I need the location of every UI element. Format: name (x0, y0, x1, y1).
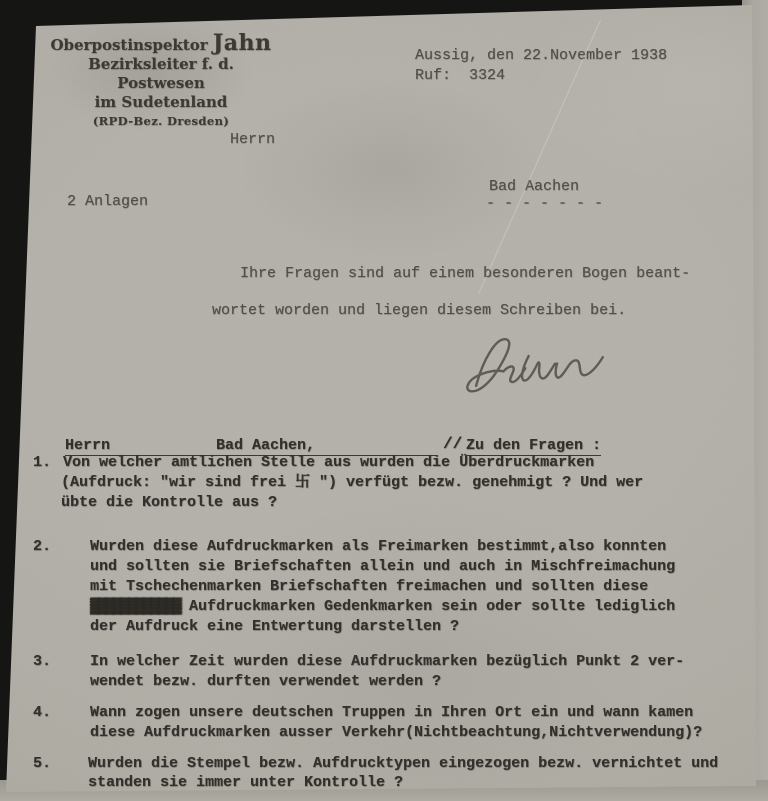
phone-line: Ruf: 3324 (415, 66, 505, 85)
question-1-line-3: übte die Kontrolle aus ? (61, 493, 277, 512)
question-2-line-5: der Aufdruck eine Entwertung darstellen … (90, 617, 459, 636)
question-1-line-1: Von welcher amtlichen Stelle aus wurden … (63, 453, 594, 472)
letterhead-line-3: im Sudetenland (46, 93, 276, 112)
question-5-line-1: Wurden die Stempel bezw. Aufdrucktypen e… (88, 754, 718, 773)
enclosures-note: 2 Anlagen (67, 192, 148, 211)
question-2-line-2: und sollten sie Briefschaften allein und… (90, 557, 675, 576)
letterhead-line-2: Bezirksleiter f. d. Postwesen (46, 55, 276, 93)
body-line-2: wortet worden und liegen diesem Schreibe… (212, 301, 626, 320)
letterhead: Oberpostinspektor Jahn Bezirksleiter f. … (46, 34, 276, 131)
sender-name: Jahn (213, 30, 272, 56)
question-1-line-2: (Aufdruck: "wir sind frei 卐 ") verfügt b… (61, 473, 643, 492)
question-4-line-1: Wann zogen unsere deutschen Truppen in I… (90, 703, 693, 722)
question-2-number: 2. (33, 537, 51, 556)
question-4-line-2: diese Aufdruckmarken ausser Verkehr(Nich… (90, 723, 702, 742)
body-line-1: Ihre Fragen sind auf einem besonderen Bo… (240, 264, 690, 283)
question-4-number: 4. (33, 703, 51, 722)
question-3-line-2: wendet bezw. durften verwendet werden ? (90, 672, 441, 691)
handwritten-signature (443, 324, 616, 403)
question-2-line-4: ▓▓▓▓▓▓▓▓▓▓▓▓ Aufdruckmarken Gedenkmarken… (90, 597, 675, 616)
scanned-letter-photo: Oberpostinspektor Jahn Bezirksleiter f. … (0, 0, 768, 801)
overstruck-word: ▓▓▓▓▓▓▓▓▓▓▓▓ (90, 598, 180, 615)
question-3-number: 3. (33, 652, 51, 671)
question-1-number: 1. (33, 453, 51, 472)
question-2-line-1: Wurden diese Aufdruckmarken als Freimark… (90, 537, 666, 556)
address-salutation: Herrn (230, 130, 275, 149)
question-5-line-2: standen sie immer unter Kontrolle ? (88, 773, 403, 792)
dateline: Aussig, den 22.November 1938 (415, 46, 667, 65)
letterhead-line-4: (RPD-Bez. Dresden) (46, 112, 276, 131)
letterhead-line-1: Oberpostinspektor Jahn (46, 34, 276, 55)
question-3-line-1: In welcher Zeit wurden diese Aufdruckmar… (90, 652, 684, 671)
questions-header-slashes: // (443, 435, 462, 454)
address-underline-dashes: - - - - - - - (486, 194, 603, 213)
question-5-number: 5. (33, 754, 51, 773)
letter-page: Oberpostinspektor Jahn Bezirksleiter f. … (0, 0, 768, 801)
question-2-line-3: mit Tschechenmarken Briefschaften freima… (90, 577, 648, 596)
